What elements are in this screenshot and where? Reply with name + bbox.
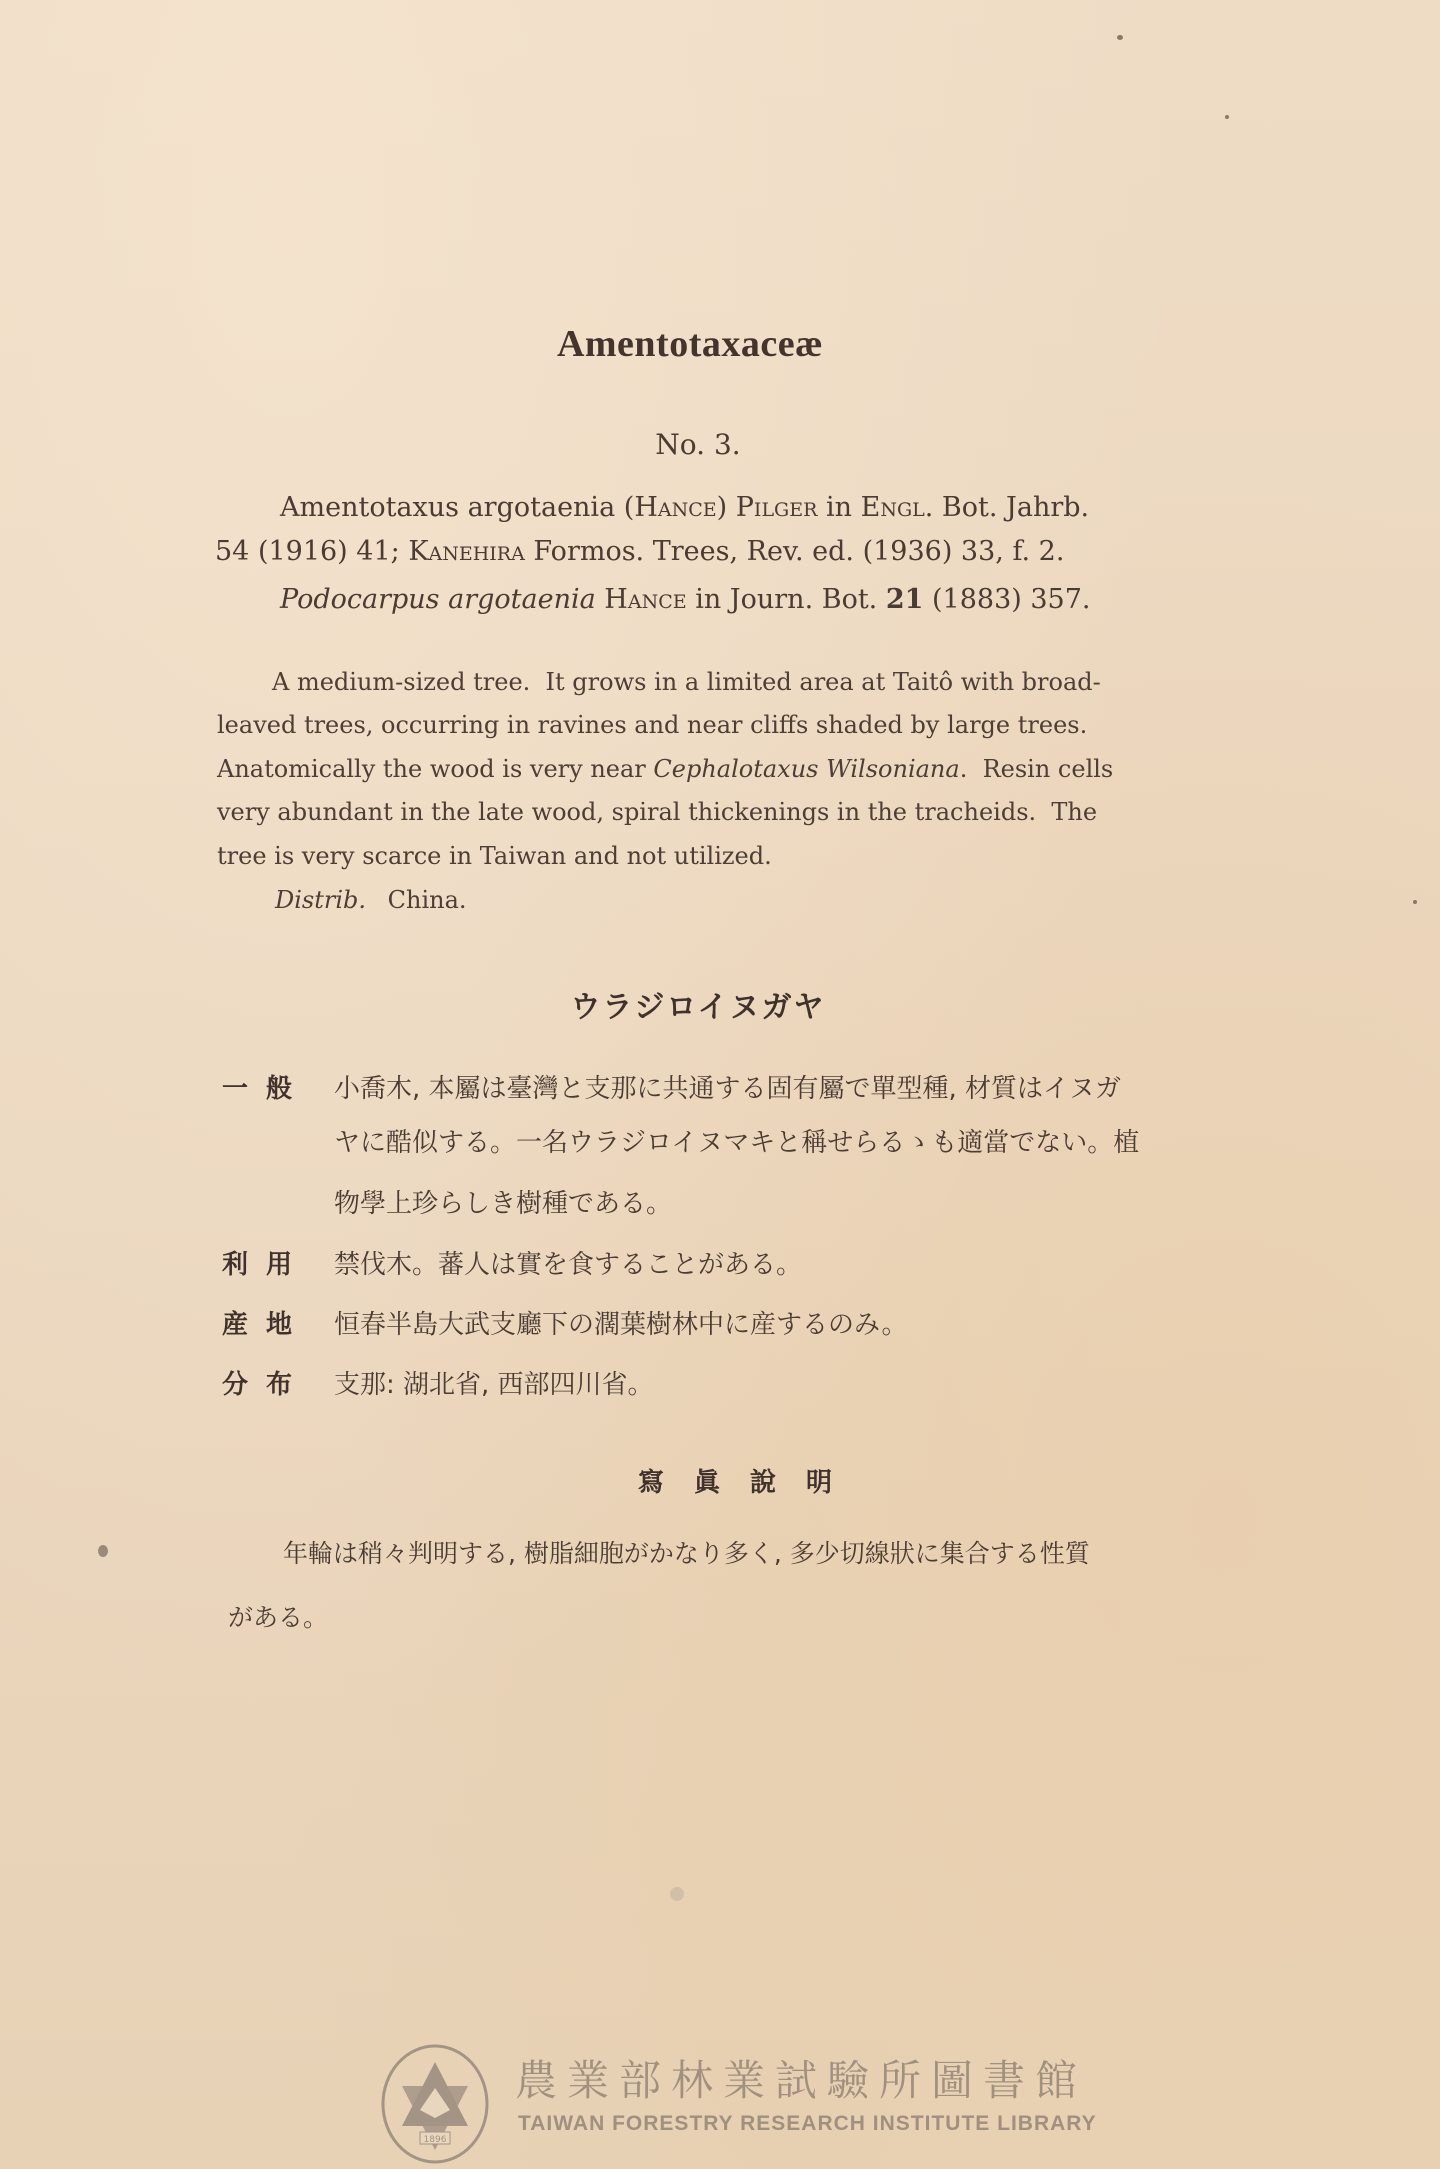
section-text: 支那: 湖北省, 西部四川省。 bbox=[334, 1364, 654, 1401]
photo-explanation-line-1: 年輪は稍々判明する, 樹脂細胞がかなり多く, 多少切線狀に集合する性質 bbox=[283, 1534, 1090, 1570]
paper-speck bbox=[1117, 35, 1123, 40]
photo-explanation-line-2: がある。 bbox=[228, 1598, 328, 1634]
library-name-english: TAIWAN FORESTRY RESEARCH INSTITUTE LIBRA… bbox=[518, 2112, 1097, 2136]
author-pilger: Pilger bbox=[736, 492, 818, 523]
author-hance: Hance bbox=[634, 492, 716, 523]
section-text: 恒春半島大武支廳下の濶葉樹林中に産するのみ。 bbox=[334, 1304, 908, 1341]
paper-speck bbox=[1413, 900, 1417, 904]
description-line-3: Anatomically the wood is very near Cepha… bbox=[217, 747, 1182, 791]
distribution: Distrib. China. bbox=[275, 878, 1240, 922]
institute-logo-icon: 1896 bbox=[370, 2040, 500, 2169]
svg-text:1896: 1896 bbox=[424, 2135, 447, 2145]
section-distribution: 分布支那: 湖北省, 西部四川省。 bbox=[222, 1364, 1202, 1401]
species-number: No. 3. bbox=[0, 428, 1396, 461]
description-line-2: leaved trees, occurring in ravines and n… bbox=[217, 703, 1182, 747]
section-locality: 産地恒春半島大武支廳下の濶葉樹林中に産するのみ。 bbox=[222, 1304, 1202, 1341]
section-label: 分布 bbox=[222, 1364, 334, 1401]
section-general-line-2: ヤに酷似する。一名ウラジロイヌマキと稱せらるゝも適當でない。植 bbox=[334, 1122, 1314, 1159]
family-title: Amentotaxaceæ bbox=[0, 322, 1380, 366]
description-line-1: A medium-sized tree. It grows in a limit… bbox=[272, 660, 1237, 704]
author-engl: Engl bbox=[861, 492, 925, 523]
section-general-line-3: 物學上珍らしき樹種である。 bbox=[334, 1183, 1314, 1220]
citation-line-1: Amentotaxus argotaenia (Hance) Pilger in… bbox=[280, 486, 1240, 530]
citation-line-2: 54 (1916) 41; Kanehira Formos. Trees, Re… bbox=[215, 530, 1175, 574]
description-line-4: very abundant in the late wood, spiral t… bbox=[217, 790, 1182, 834]
author-hance: Hance bbox=[604, 584, 686, 615]
author-kanehira: Kanehira bbox=[408, 536, 525, 567]
section-usage: 利用禁伐木。蕃人は實を食することがある。 bbox=[222, 1244, 1202, 1281]
section-text: 禁伐木。蕃人は實を食することがある。 bbox=[334, 1244, 802, 1281]
synonym-name: Podocarpus argotaenia bbox=[280, 584, 596, 615]
citation-line-3: Podocarpus argotaenia Hance in Journ. Bo… bbox=[280, 578, 1240, 622]
library-watermark: 1896 農業部林業試驗所圖書館 TAIWAN FORESTRY RESEARC… bbox=[370, 2040, 1090, 2165]
distrib-label: Distrib. bbox=[275, 886, 366, 914]
species-name: Amentotaxus argotaenia bbox=[280, 492, 615, 523]
distrib-value: China. bbox=[388, 886, 467, 914]
library-name-chinese: 農業部林業試驗所圖書館 bbox=[515, 2048, 1087, 2108]
section-label: 一般 bbox=[222, 1068, 334, 1105]
paper-speck bbox=[98, 1545, 108, 1557]
description-line-5: tree is very scarce in Taiwan and not ut… bbox=[217, 834, 1182, 878]
section-label: 利用 bbox=[222, 1244, 334, 1281]
section-text: 小喬木, 本屬は臺灣と支那に共通する固有屬で單型種, 材質はイヌガ bbox=[334, 1068, 1121, 1105]
section-label: 産地 bbox=[222, 1304, 334, 1341]
related-species: Cephalotaxus Wilsoniana bbox=[653, 755, 959, 783]
photo-explanation-title: 寫眞說明 bbox=[0, 1462, 1440, 1499]
paper-speck bbox=[1225, 115, 1229, 119]
paper-speck bbox=[670, 1887, 684, 1901]
japanese-name-title: ウラジロイヌガヤ bbox=[0, 982, 1396, 1026]
journal-volume: 21 bbox=[886, 584, 924, 615]
section-general: 一般小喬木, 本屬は臺灣と支那に共通する固有屬で單型種, 材質はイヌガ bbox=[222, 1068, 1202, 1105]
